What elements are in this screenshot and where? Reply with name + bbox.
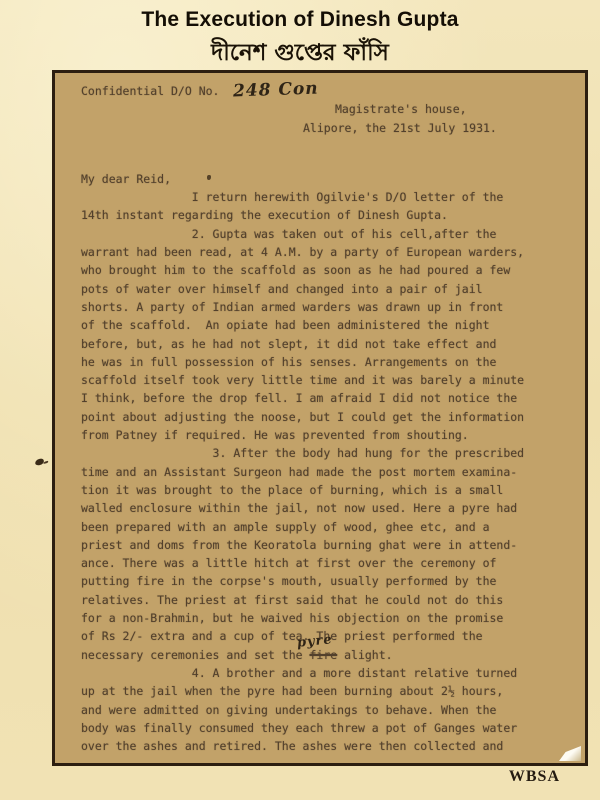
letter-line: from Patney if required. He was prevente… — [81, 426, 545, 444]
date-line: Alipore, the 21st July 1931. — [303, 119, 545, 137]
letter-line: scaffold itself took very little time an… — [81, 371, 545, 389]
reference-line: Confidential D/O No.248 Con — [81, 81, 545, 100]
letter-line: tion it was brought to the place of burn… — [81, 481, 545, 499]
page-title-bengali: দীনেশ গুপ্তের ফাঁসি — [0, 34, 600, 73]
letter-line: body was finally consumed they each thre… — [81, 719, 545, 737]
letter-line: who brought him to the scaffold as soon … — [81, 261, 545, 279]
address-line: Magistrate's house, — [335, 100, 545, 118]
ink-blot — [34, 458, 44, 466]
letter-line: warrant had been read, at 4 A.M. by a pa… — [81, 243, 545, 261]
ref-label: Confidential D/O No. — [81, 84, 219, 98]
letter-line: priest and doms from the Keoratola burni… — [81, 536, 545, 554]
letter-line: up at the jail when the pyre had been bu… — [81, 682, 545, 700]
page-curl — [559, 746, 581, 761]
letter-line: of the scaffold. An opiate had been admi… — [81, 316, 545, 334]
letter-line: point about adjusting the noose, but I c… — [81, 408, 545, 426]
page: The Execution of Dinesh Gupta দীনেশ গুপ্… — [0, 0, 600, 800]
letter-line: over the ashes and retired. The ashes we… — [81, 737, 545, 755]
corrected-line-before: necessary ceremonies and set the — [81, 648, 309, 662]
letter-line: time and an Assistant Surgeon had made t… — [81, 463, 545, 481]
letter-line: and were admitted on giving undertakings… — [81, 701, 545, 719]
page-title: The Execution of Dinesh Gupta — [0, 8, 600, 32]
letter-line: for a non-Brahmin, but he waived his obj… — [81, 609, 545, 627]
corrected-line-after: alight. — [337, 648, 392, 662]
ref-number-handwritten: 248 Con — [233, 80, 319, 101]
letter-line: putting fire in the corpse's mouth, usua… — [81, 572, 545, 590]
corrected-line: necessary ceremonies and set the fire al… — [81, 646, 545, 664]
letter-line: relatives. The priest at first said that… — [81, 591, 545, 609]
archive-watermark: WBSA — [509, 768, 560, 786]
salutation: My dear Reid, — [81, 170, 545, 188]
letter-scan: Confidential D/O No.248 Con Magistrate's… — [52, 70, 588, 766]
letter-line: 2. Gupta was taken out of his cell,after… — [81, 225, 545, 243]
letter-line: ance. There was a little hitch at first … — [81, 554, 545, 572]
letter-line: I return herewith Ogilvie's D/O letter o… — [81, 188, 545, 206]
letter-line: before, but, as he had not slept, it did… — [81, 335, 545, 353]
letter-line: pots of water over himself and changed i… — [81, 280, 545, 298]
letter-line: I think, before the drop fell. I am afra… — [81, 389, 545, 407]
letter-line: walled enclosure within the jail, not no… — [81, 499, 545, 517]
header: The Execution of Dinesh Gupta দীনেশ গুপ্… — [0, 0, 600, 73]
letter-body-part1: I return herewith Ogilvie's D/O letter o… — [81, 188, 545, 645]
letter-line: been prepared with an ample supply of wo… — [81, 518, 545, 536]
letter-line: 3. After the body had hung for the presc… — [81, 444, 545, 462]
letter-line: shorts. A party of Indian armed warders … — [81, 298, 545, 316]
letter-line: 4. A brother and a more distant relative… — [81, 664, 545, 682]
letter-body-part2: 4. A brother and a more distant relative… — [81, 664, 545, 755]
letter-line: 14th instant regarding the execution of … — [81, 206, 545, 224]
letter-line: he was in full possession of his senses.… — [81, 353, 545, 371]
handwritten-correction: pyre — [296, 631, 333, 653]
